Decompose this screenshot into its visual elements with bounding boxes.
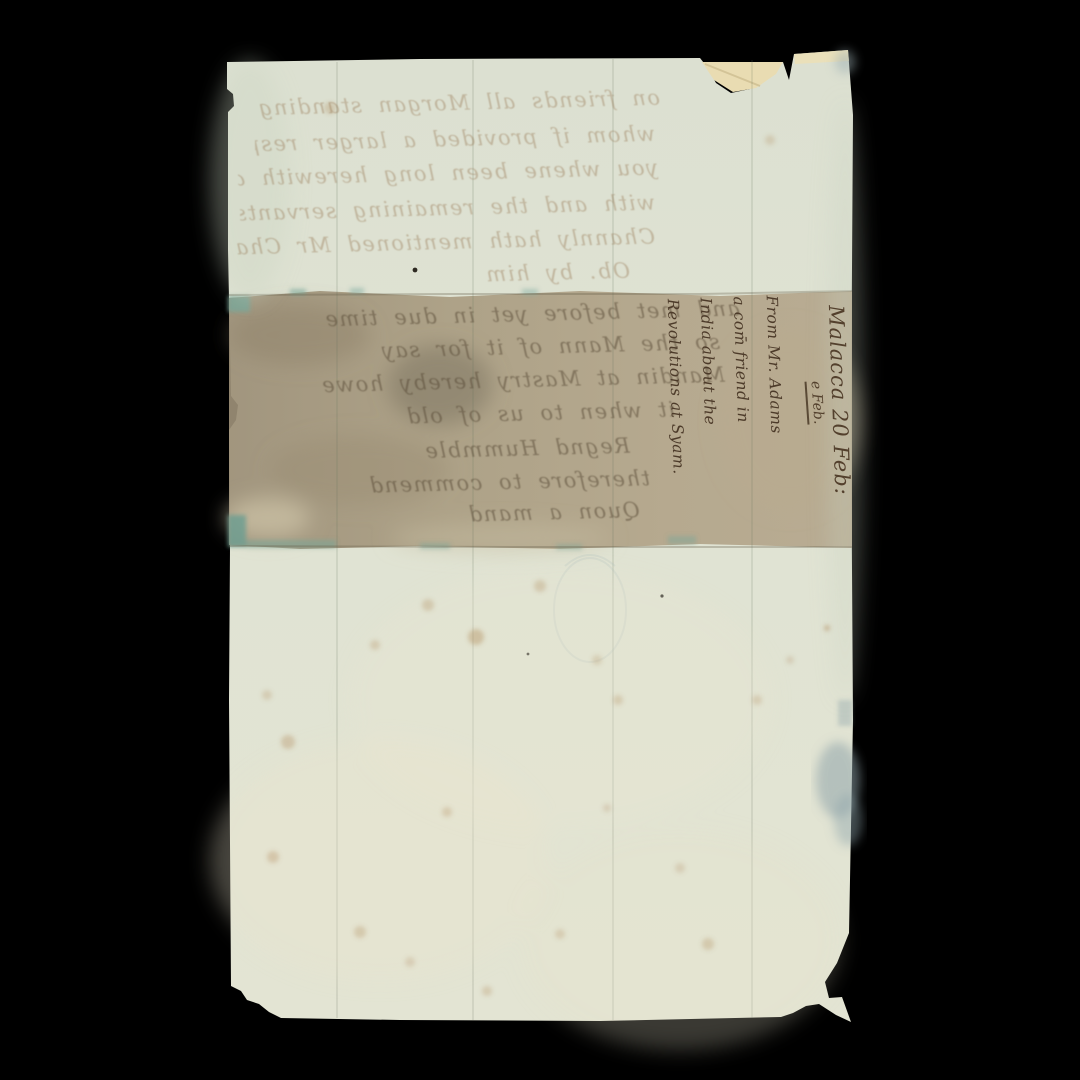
letter-photograph: on friends all Morgan standing to the wh… [0, 0, 1080, 1080]
docket-place-date: Malacca 20 Feb: [824, 305, 856, 546]
letter-paper-graphic [0, 0, 1080, 1080]
docket-body: From Mr. Adams a com̄ friend in India ab… [656, 295, 797, 547]
docket-received-note: e Feb. [805, 380, 827, 425]
docket-annotation: Malacca 20 Feb: e Feb. From Mr. Adams a … [620, 293, 852, 545]
